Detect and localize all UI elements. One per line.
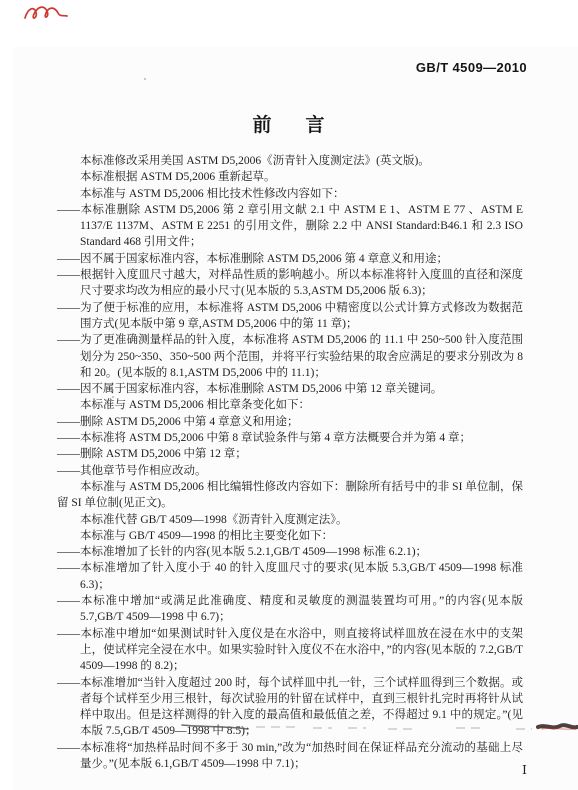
page-title-char-1: 前 <box>252 115 272 136</box>
red-scribble-annotation <box>22 2 70 28</box>
foreword-paragraph: ——因不属于国家标准内容，本标准删除 ASTM D5,2006 第 4 章意义和… <box>57 251 523 267</box>
foreword-paragraph: ——为了便于标准的应用，本标准将 ASTM D5,2006 中精密度以公式计算方… <box>57 300 523 333</box>
foreword-paragraph: ——本标准中增加“如果测试时针入度仪是在水浴中，则直接将试样皿放在浸在水中的支架… <box>57 626 523 675</box>
page-number: Ⅰ <box>522 762 527 778</box>
page-title-char-2: 言 <box>306 115 326 136</box>
foreword-paragraph: ——删除 ASTM D5,2006 中第 4 章意义和用途； <box>57 414 523 430</box>
foreword-paragraph: ——本标准增加“当针入度超过 200 时，每个试样皿中扎一针，三个试样皿得到三个… <box>57 675 523 740</box>
foreword-paragraph: 本标准根据 ASTM D5,2006 重新起草。 <box>57 169 523 185</box>
foreword-paragraph: 本标准与 ASTM D5,2006 相比章条变化如下： <box>57 397 523 413</box>
scanned-standard-page: { "page": { "header_code": "GB/T 4509—20… <box>0 0 578 790</box>
scan-speck <box>112 396 114 398</box>
foreword-paragraph: ——因不属于国家标准内容，本标准删除 ASTM D5,2006 中第 12 章关… <box>57 381 523 397</box>
foreword-paragraph: ——本标准增加了长针的内容(见本版 5.2.1,GB/T 4509—1998 标… <box>57 544 523 560</box>
scan-speck <box>144 78 146 80</box>
foreword-paragraph: 本标准与 ASTM D5,2006 相比技术性修改内容如下： <box>57 186 523 202</box>
foreword-paragraph: ——根据针入度皿尺寸越大，对样品性质的影响越小。所以本标准将针入度皿的直径和深度… <box>57 267 523 300</box>
foreword-paragraph: ——本标准将 ASTM D5,2006 中第 8 章试验条件与第 4 章方法概要… <box>57 430 523 446</box>
foreword-paragraph: 本标准修改采用美国 ASTM D5,2006《沥青针入度测定法》(英文版)。 <box>57 153 523 169</box>
foreword-paragraph: ——为了更准确测量样品的针入度，本标准将 ASTM D5,2006 的 11.1… <box>57 332 523 381</box>
foreword-paragraph: 本标准代替 GB/T 4509—1998《沥青针入度测定法》。 <box>57 512 523 528</box>
foreword-paragraph: ——本标准增加了针入度小于 40 的针入度皿尺寸的要求(见本版 5.3,GB/T… <box>57 560 523 593</box>
foreword-paragraph: 本标准与 GB/T 4509—1998 的相比主要变化如下： <box>57 528 523 544</box>
foreword-paragraph: ——其他章节号作相应改动。 <box>57 463 523 479</box>
page-title: 前言 <box>0 110 578 137</box>
foreword-paragraph: ——删除 ASTM D5,2006 中第 12 章； <box>57 446 523 462</box>
standard-code-header: GB/T 4509—2010 <box>416 60 527 75</box>
foreword-paragraph: ——本标准中增加“或满足此准确度、精度和灵敏度的测温装置均可用。”的内容(见本版… <box>57 593 523 626</box>
red-scribble-stroke <box>25 7 67 18</box>
foreword-paragraph: ——本标准删除 ASTM D5,2006 第 2 章引用文献 2.1 中 AST… <box>57 202 523 251</box>
foreword-body: 本标准修改采用美国 ASTM D5,2006《沥青针入度测定法》(英文版)。本标… <box>57 153 523 772</box>
foreword-paragraph: 本标准与 ASTM D5,2006 相比编辑性修改内容如下：删除所有括号中的非 … <box>57 479 523 512</box>
foreword-paragraph: ——本标准将“加热样品时间不多于 30 min,”改为“加热时间在保证样品充分流… <box>57 740 523 773</box>
